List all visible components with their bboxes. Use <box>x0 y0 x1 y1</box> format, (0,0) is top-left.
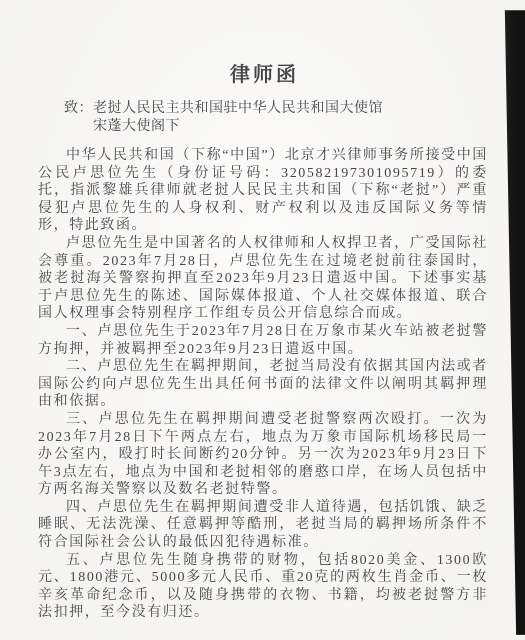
paragraph: 四、卢思位先生在羁押期间遭受非人道待遇，包括饥饿、缺乏睡眠、无法洗澡、任意羁押等… <box>38 499 488 552</box>
recipient-line-ambassador: 宋蓬大使阁下 <box>93 118 383 136</box>
recipient-block: 致： 老挝人民民主共和国驻中华人民共和国大使馆 宋蓬大使阁下 <box>64 100 488 136</box>
paragraph: 二、卢思位先生在羁押期间，老挝当局没有依据其国内法或者国际公约向卢思位先生出具任… <box>38 358 488 411</box>
paragraph-list: 中华人民共和国（下称“中国”）北京才兴律师事务所接受中国公民卢思位先生（身份证号… <box>38 147 488 622</box>
paragraph: 三、卢思位先生在羁押期间遭受老挝警察两次殴打。一次为2023年7月28日下午两点… <box>38 411 488 499</box>
paragraph: 卢思位先生是中国著名的人权律师和人权捍卫者，广受国际社会尊重。2023年7月28… <box>38 235 488 323</box>
document-page: 律师函 致： 老挝人民民主共和国驻中华人民共和国大使馆 宋蓬大使阁下 中华人民共… <box>0 0 525 640</box>
scan-edge-artifact <box>501 0 525 640</box>
recipient-label: 致： <box>64 100 93 136</box>
paragraph: 中华人民共和国（下称“中国”）北京才兴律师事务所接受中国公民卢思位先生（身份证号… <box>38 147 488 235</box>
document-title: 律师函 <box>38 58 488 87</box>
paragraph: 一、卢思位先生于2023年7月28日在万象市某火车站被老挝警方拘押，并被羁押至2… <box>38 323 488 358</box>
letter-content: 律师函 致： 老挝人民民主共和国驻中华人民共和国大使馆 宋蓬大使阁下 中华人民共… <box>38 0 488 622</box>
paragraph: 五、卢思位先生随身携带的财物，包括8020美金、1300欧元、1800港元、50… <box>38 552 488 622</box>
recipient-lines: 老挝人民民主共和国驻中华人民共和国大使馆 宋蓬大使阁下 <box>93 100 383 136</box>
recipient-line-embassy: 老挝人民民主共和国驻中华人民共和国大使馆 <box>93 100 383 118</box>
